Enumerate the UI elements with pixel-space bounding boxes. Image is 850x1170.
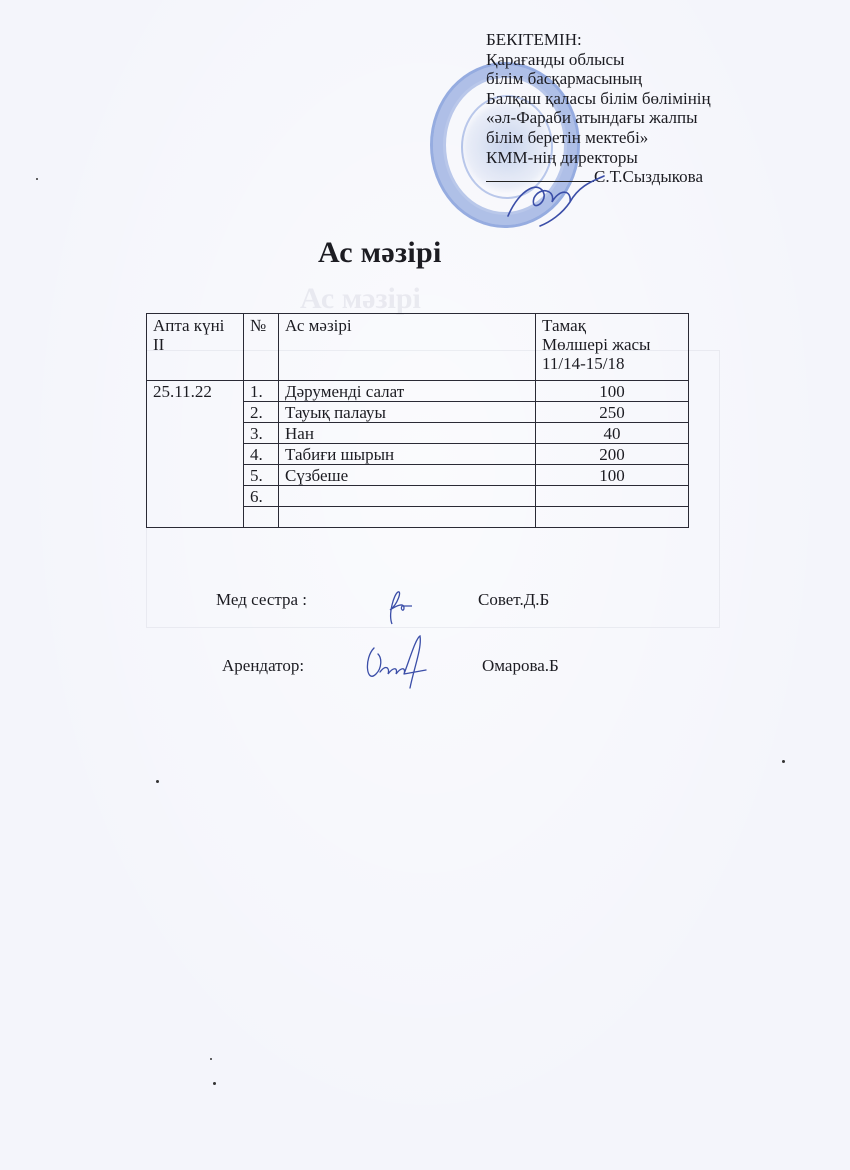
director-name: С.Т.Сыздыкова <box>594 167 703 186</box>
table-row: 25.11.22 1. Дәрумендi салат 100 <box>147 381 689 402</box>
scan-speck <box>156 780 159 783</box>
approval-line: білім беретін мектебі» <box>486 128 711 148</box>
scan-speck <box>782 760 785 763</box>
tenant-label: Арендатор: <box>222 656 304 676</box>
scan-speck <box>210 1058 212 1060</box>
row-number: 5. <box>244 465 279 486</box>
row-amount: 100 <box>536 381 689 402</box>
header-number: № <box>244 314 279 381</box>
approval-line: КММ-нің директоры <box>486 148 711 168</box>
row-amount: 40 <box>536 423 689 444</box>
row-amount <box>536 507 689 528</box>
reverse-bleed-title: Ас мәзірі <box>300 282 421 316</box>
row-number: 6. <box>244 486 279 507</box>
scan-speck <box>36 178 38 180</box>
date-cell: 25.11.22 <box>147 381 244 528</box>
header-day: Апта күні II <box>147 314 244 381</box>
approval-block: БЕКІТЕМІН: Қарағанды облысы білім басқар… <box>486 30 711 187</box>
nurse-label: Мед сестра : <box>216 590 307 610</box>
nurse-name: Совет.Д.Б <box>478 590 549 610</box>
tenant-name: Омарова.Б <box>482 656 559 676</box>
row-dish: Тауық палауы <box>279 402 536 423</box>
row-dish: Нан <box>279 423 536 444</box>
tenant-signature-icon <box>360 628 430 694</box>
row-amount <box>536 486 689 507</box>
row-amount: 100 <box>536 465 689 486</box>
table-header-row: Апта күні II № Ас мәзірі Тамақ Мөлшері ж… <box>147 314 689 381</box>
approval-line: «әл-Фараби атындағы жалпы <box>486 108 711 128</box>
scan-speck <box>213 1082 216 1085</box>
row-dish: Сүзбеше <box>279 465 536 486</box>
header-amount: Тамақ Мөлшері жасы 11/14-15/18 <box>536 314 689 381</box>
row-amount: 200 <box>536 444 689 465</box>
row-number: 1. <box>244 381 279 402</box>
director-signature-icon <box>500 168 610 228</box>
row-dish <box>279 486 536 507</box>
row-dish <box>279 507 536 528</box>
row-number <box>244 507 279 528</box>
row-number: 4. <box>244 444 279 465</box>
row-number: 2. <box>244 402 279 423</box>
approval-line: Балқаш қаласы білім бөлімінің <box>486 89 711 109</box>
approval-line: Қарағанды облысы <box>486 50 711 70</box>
row-number: 3. <box>244 423 279 444</box>
row-amount: 250 <box>536 402 689 423</box>
approval-heading: БЕКІТЕМІН: <box>486 30 711 50</box>
approval-line: білім басқармасының <box>486 69 711 89</box>
row-dish: Табиғи шырын <box>279 444 536 465</box>
nurse-signature-icon <box>382 588 418 628</box>
menu-table: Апта күні II № Ас мәзірі Тамақ Мөлшері ж… <box>146 313 689 528</box>
header-menu: Ас мәзірі <box>279 314 536 381</box>
page-title: Ас мәзірі <box>318 236 442 270</box>
row-dish: Дәрумендi салат <box>279 381 536 402</box>
